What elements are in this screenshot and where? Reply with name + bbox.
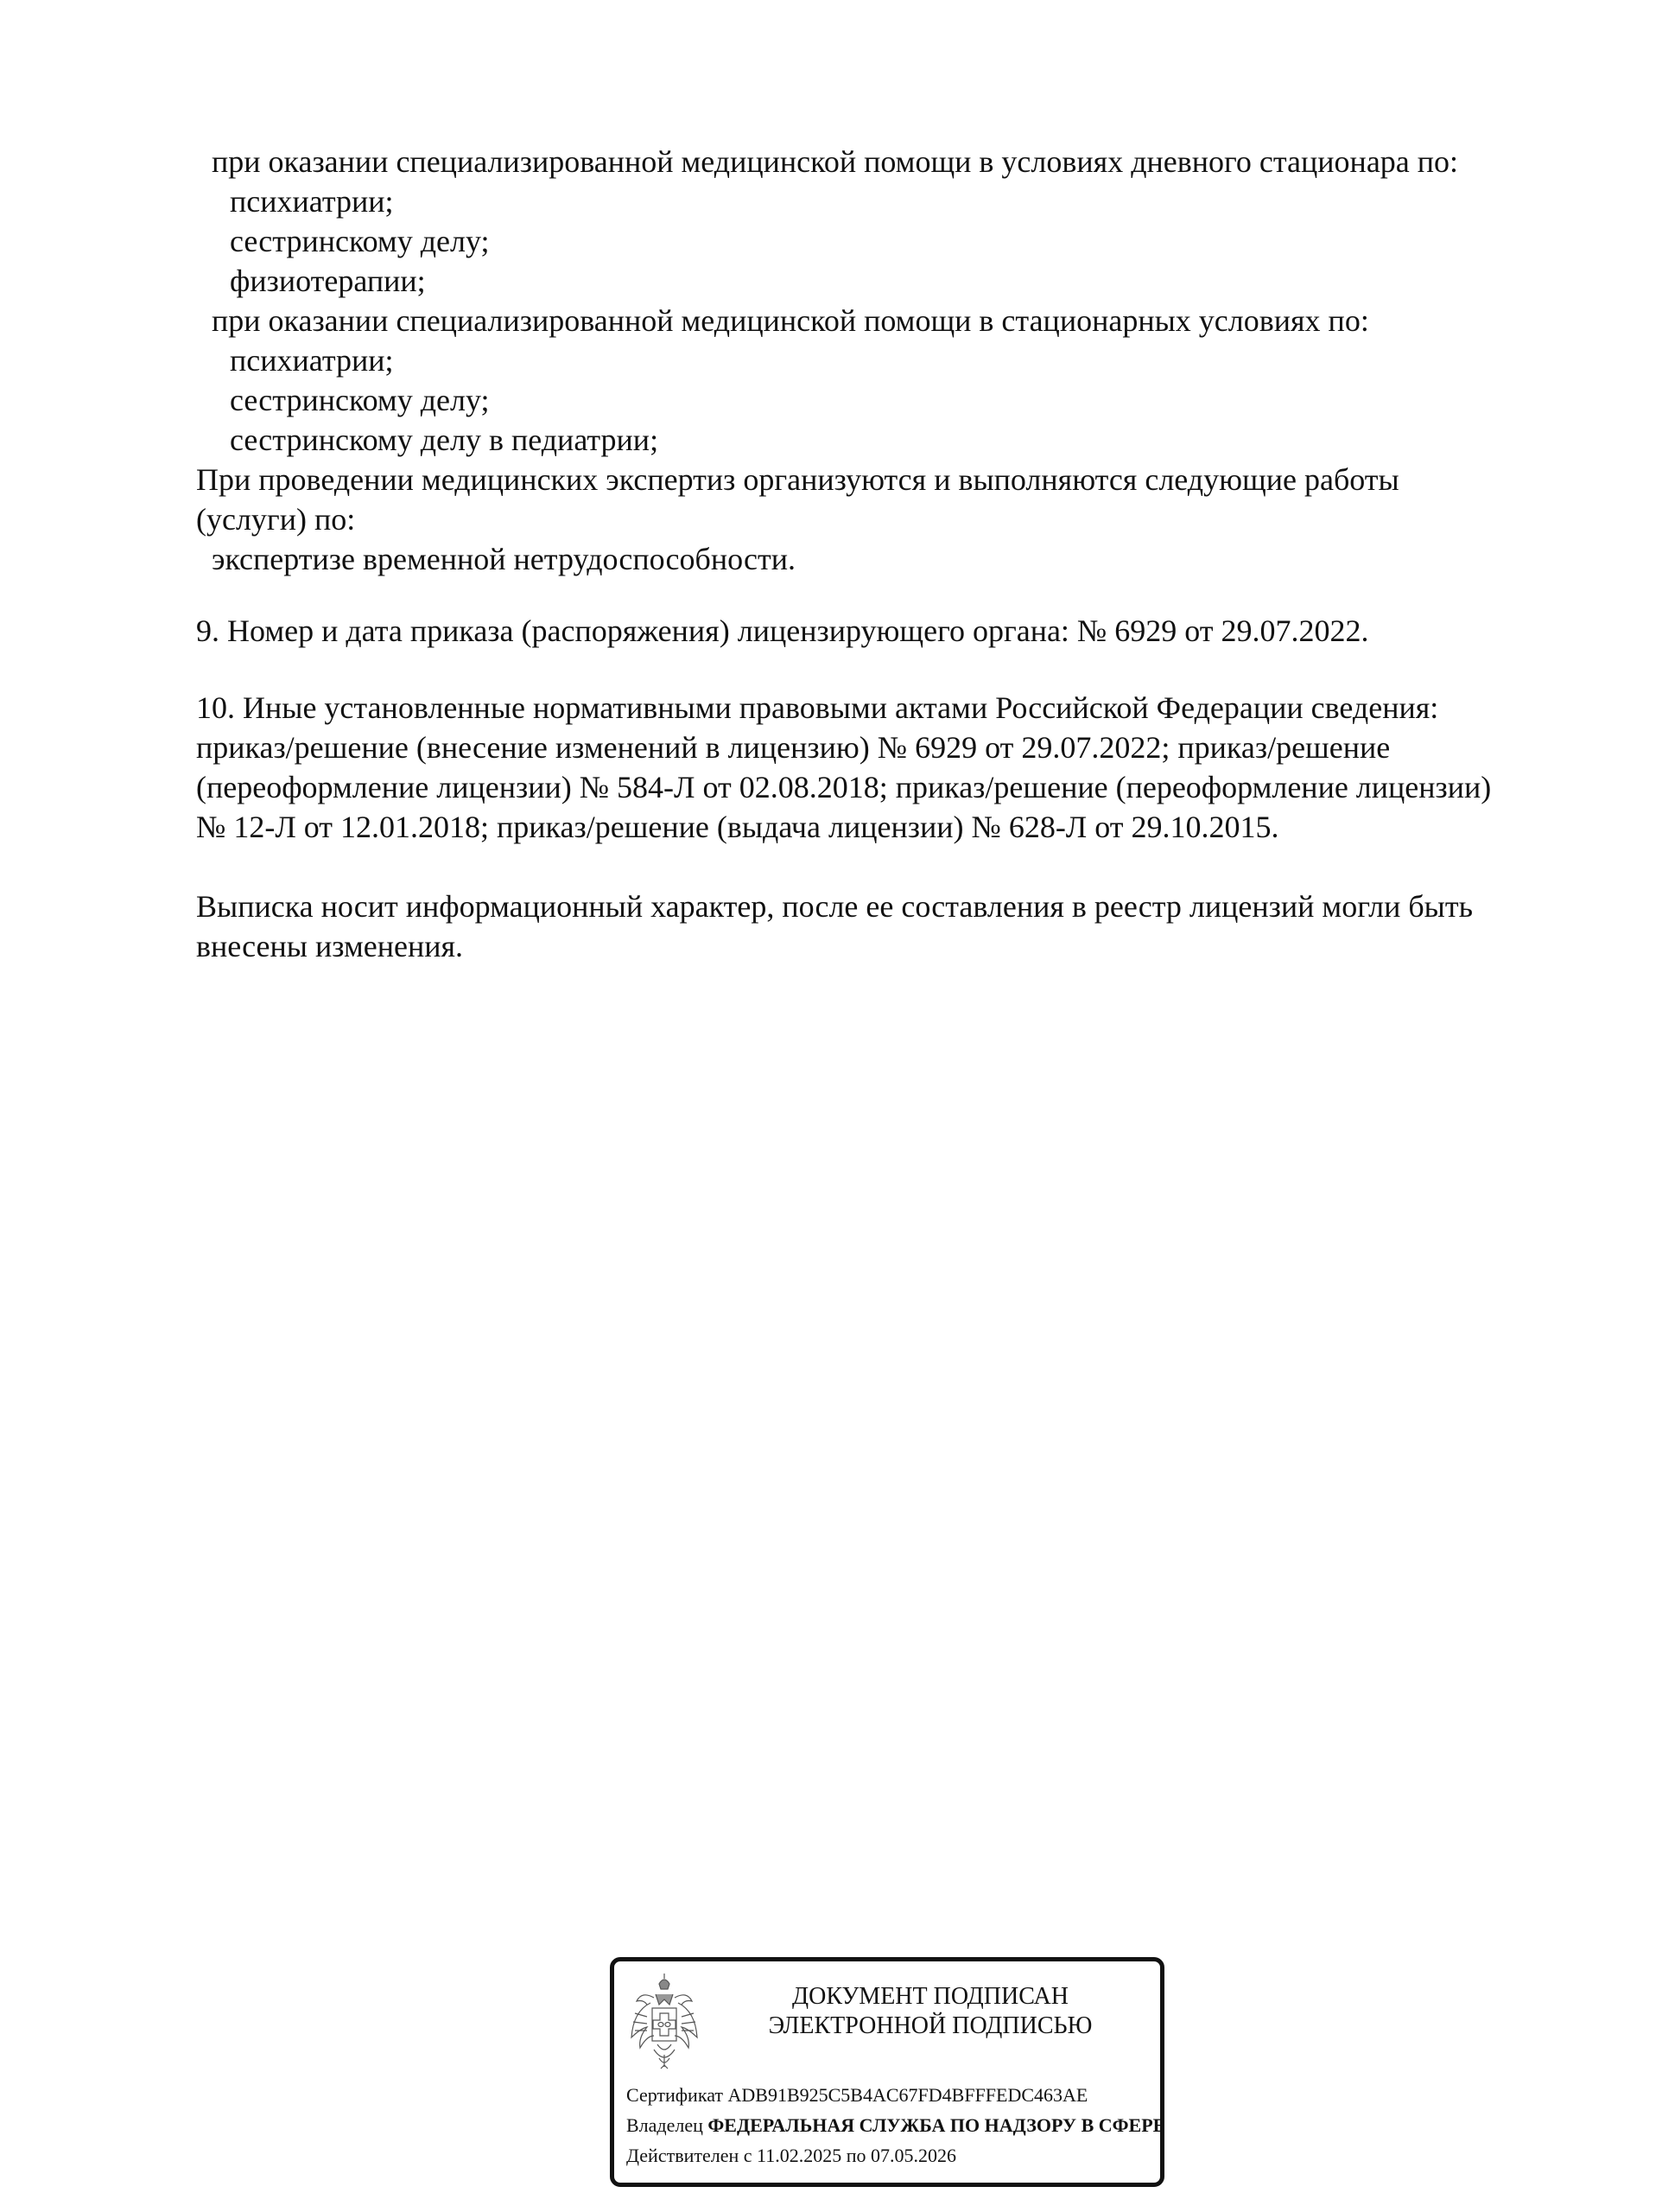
owner-value: ФЕДЕРАЛЬНАЯ СЛУЖБА ПО НАДЗОРУ В СФЕРЕ ЗД… — [707, 2114, 1164, 2136]
electronic-signature-stamp: ДОКУМЕНТ ПОДПИСАН ЭЛЕКТРОННОЙ ПОДПИСЬЮ С… — [610, 1957, 1164, 2187]
section-10-line: приказ/решение (внесение изменений в лиц… — [196, 728, 1390, 767]
list-item: (услуги) по: — [196, 499, 355, 539]
certificate-label: Сертификат — [626, 2084, 723, 2106]
stamp-title-line-1: ДОКУМЕНТ ПОДПИСАН — [718, 1982, 1143, 2012]
section-10-line: 10. Иные установленные нормативными прав… — [196, 688, 1438, 728]
list-item: При проведении медицинских экспертиз орг… — [196, 460, 1399, 499]
section-10-line: (переоформление лицензии) № 584-Л от 02.… — [196, 767, 1491, 807]
coat-of-arms-icon — [628, 1972, 701, 2074]
list-item: экспертизе временной нетрудоспособности. — [212, 539, 796, 579]
list-item: психиатрии; — [230, 181, 394, 221]
stamp-title-line-2: ЭЛЕКТРОННОЙ ПОДПИСЬЮ — [718, 2012, 1143, 2041]
list-item: сестринскому делу в педиатрии; — [230, 420, 658, 460]
list-item: сестринскому делу; — [230, 380, 490, 420]
list-item: физиотерапии; — [230, 261, 426, 301]
owner-row: Владелец ФЕДЕРАЛЬНАЯ СЛУЖБА ПО НАДЗОРУ В… — [626, 2113, 1164, 2138]
validity-row: Действителен с 11.02.2025 по 07.05.2026 — [626, 2144, 956, 2168]
list-item: психиатрии; — [230, 340, 394, 380]
list-item: при оказании специализированной медицинс… — [212, 142, 1458, 181]
disclaimer-line: Выписка носит информационный характер, п… — [196, 887, 1473, 926]
section-9: 9. Номер и дата приказа (распоряжения) л… — [196, 611, 1369, 651]
certificate-value: ADB91B925C5B4AC67FD4BFFFEDC463AE — [728, 2084, 1088, 2106]
owner-label: Владелец — [626, 2114, 703, 2136]
list-item: при оказании специализированной медицинс… — [212, 301, 1369, 340]
section-10-line: № 12-Л от 12.01.2018; приказ/решение (вы… — [196, 807, 1278, 847]
disclaimer-line: внесены изменения. — [196, 926, 463, 966]
list-item: сестринскому делу; — [230, 221, 490, 261]
certificate-row: Сертификат ADB91B925C5B4AC67FD4BFFFEDC46… — [626, 2083, 1088, 2107]
